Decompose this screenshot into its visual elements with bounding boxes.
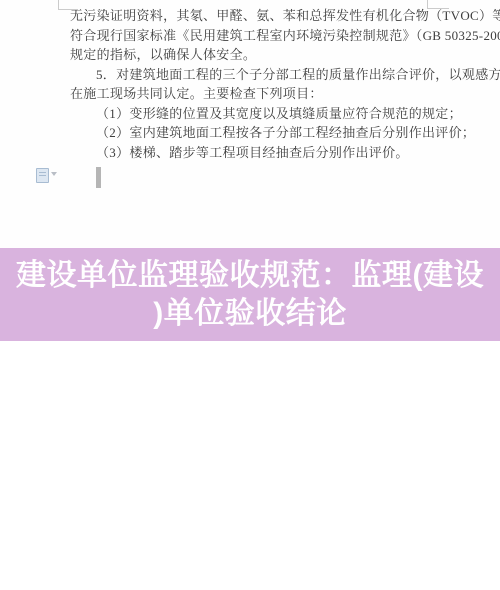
document-line: 在施工现场共同认定。主要检查下列项目： (70, 84, 433, 104)
article-title-line-1: 建设单位监理验收规范：监理(建设 (16, 257, 484, 295)
empty-content-area (0, 341, 500, 590)
document-line: （1）变形缝的位置及其宽度以及填缝质量应符合规范的规定； (70, 104, 433, 124)
document-line: 5．对建筑地面工程的三个子分部工程的质量作出综合评价，以观感方法， (70, 65, 433, 85)
text-cursor (96, 167, 101, 188)
document-line: 符合现行国家标准《民用建筑工程室内环境污染控制规范》（GB 50325-2001… (70, 26, 433, 46)
article-title-line-2: )单位验收结论 (153, 295, 347, 333)
document-page: 无污染证明资料，其氡、甲醛、氨、苯和总挥发性有机化合物（TVOC）等均应 符合现… (0, 0, 500, 248)
document-line: （3）楼梯、踏步等工程项目经抽查后分别作出评价。 (70, 143, 433, 163)
paste-options-button[interactable] (34, 167, 60, 183)
document-body-text: 无污染证明资料，其氡、甲醛、氨、苯和总挥发性有机化合物（TVOC）等均应 符合现… (70, 6, 433, 162)
document-line: 规定的指标，以确保人体安全。 (70, 45, 433, 65)
chevron-down-icon (51, 172, 57, 176)
document-line: 无污染证明资料，其氡、甲醛、氨、苯和总挥发性有机化合物（TVOC）等均应 (70, 6, 433, 26)
paste-options-page-icon (36, 168, 49, 183)
article-title-banner: 建设单位监理验收规范：监理(建设 )单位验收结论 (0, 248, 500, 341)
document-line: （2）室内建筑地面工程按各子分部工程经抽查后分别作出评价； (70, 123, 433, 143)
